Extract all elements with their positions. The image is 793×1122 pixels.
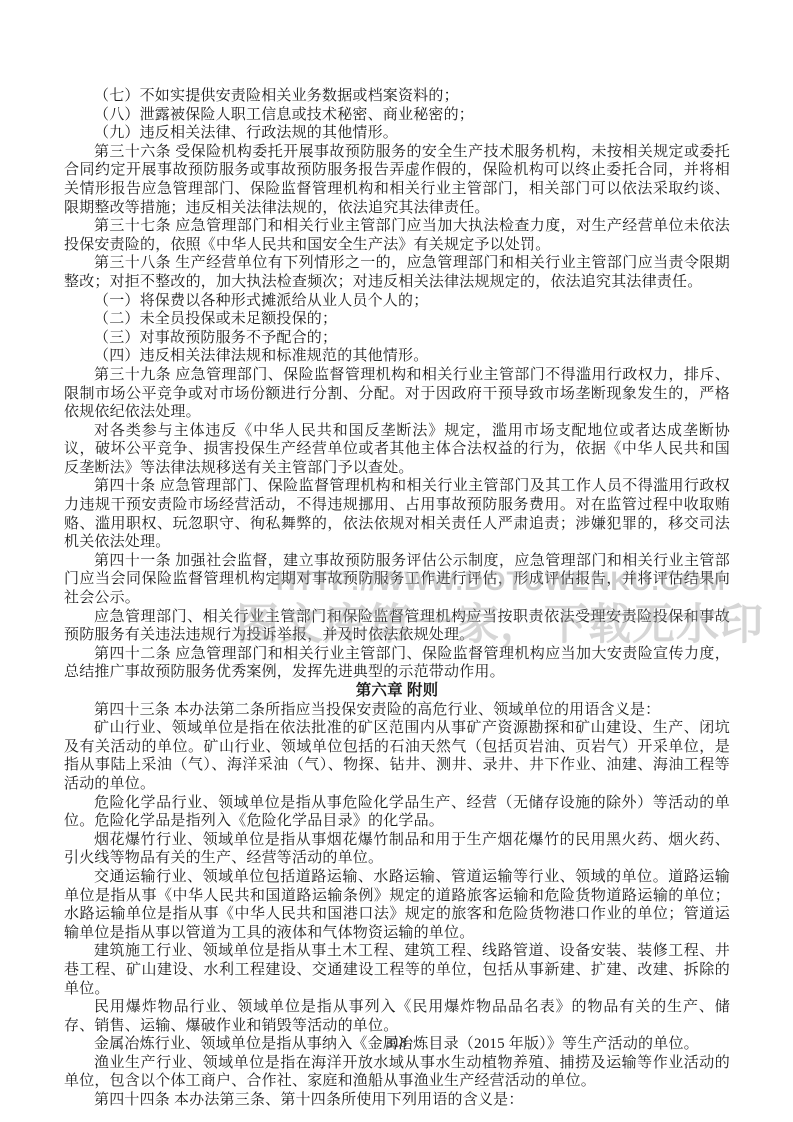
- document-paragraph: 第四十四条 本办法第三条、第十四条所使用下列用语的含义是：: [64, 1091, 730, 1110]
- document-paragraph: 第四十一条 加强社会监督，建立事故预防服务评估公示制度，应急管理部门和相关行业主…: [64, 552, 730, 608]
- document-paragraph: 建筑施工行业、领域单位是指从事土木工程、建筑工程、线路管道、设备安装、装修工程、…: [64, 942, 730, 998]
- document-paragraph: （二）未全员投保或未足额投保的；: [64, 310, 730, 329]
- document-paragraph: 矿山行业、领域单位是指在依法批准的矿区范围内从事矿产资源勘探和矿山建设、生产、闭…: [64, 719, 730, 793]
- document-paragraph: 应急管理部门、相关行业主管部门和保险监督管理机构应当按职责依法受理安责险投保和事…: [64, 608, 730, 645]
- document-paragraph: 第四十三条 本办法第二条所指应当投保安责险的高危行业、领域单位的用语含义是：: [64, 701, 730, 720]
- document-paragraph: 第三十七条 应急管理部门和相关行业主管部门应当加大执法检查力度，对生产经营单位未…: [64, 217, 730, 254]
- chapter-heading: 第六章 附则: [64, 682, 730, 701]
- document-paragraph: 第四十二条 应急管理部门和相关行业主管部门、保险监督管理机构应当加大安责险宣传力…: [64, 645, 730, 682]
- document-page: HTTP://WWW.DOTUWENKU.COM 图文库第一家，下载无水印 （七…: [0, 0, 793, 1122]
- document-paragraph: （四）违反相关法律法规和标准规范的其他情形。: [64, 347, 730, 366]
- document-paragraph: 烟花爆竹行业、领域单位是指从事烟花爆竹制品和用于生产烟花爆竹的民用黑火药、烟火药…: [64, 831, 730, 868]
- document-paragraph: 第三十六条 受保险机构委托开展事故预防服务的安全生产技术服务机构，未按相关规定或…: [64, 143, 730, 217]
- document-paragraph: （七）不如实提供安责险相关业务数据或档案资料的；: [64, 87, 730, 106]
- document-paragraph: 渔业生产行业、领域单位是指在海洋开放水域从事水生动植物养殖、捕捞及运输等作业活动…: [64, 1054, 730, 1091]
- document-paragraph: 对各类参与主体违反《中华人民共和国反垄断法》规定，滥用市场支配地位或者达成垄断协…: [64, 422, 730, 478]
- document-paragraph: 第三十八条 生产经营单位有下列情形之一的，应急管理部门和相关行业主管部门应当责令…: [64, 254, 730, 291]
- document-body: （七）不如实提供安责险相关业务数据或档案资料的； （八）泄露被保险人职工信息或技…: [64, 87, 730, 1110]
- document-paragraph: 第三十九条 应急管理部门、保险监督管理机构和相关行业主管部门不得滥用行政权力，排…: [64, 366, 730, 422]
- page-number: 318: [0, 1036, 793, 1052]
- document-paragraph: 危险化学品行业、领域单位是指从事危险化学品生产、经营（无储存设施的除外）等活动的…: [64, 794, 730, 831]
- document-paragraph: （八）泄露被保险人职工信息或技术秘密、商业秘密的；: [64, 106, 730, 125]
- document-paragraph: （一）将保费以各种形式摊派给从业人员个人的；: [64, 292, 730, 311]
- document-paragraph: 第四十条 应急管理部门、保险监督管理机构和相关行业主管部门及其工作人员不得滥用行…: [64, 477, 730, 551]
- document-paragraph: 民用爆炸物品行业、领域单位是指从事列入《民用爆炸物品品名表》的物品有关的生产、储…: [64, 998, 730, 1035]
- document-paragraph: （三）对事故预防服务不予配合的；: [64, 329, 730, 348]
- document-paragraph: （九）违反相关法律、行政法规的其他情形。: [64, 124, 730, 143]
- document-paragraph: 交通运输行业、领域单位包括道路运输、水路运输、管道运输等行业、领域的单位。道路运…: [64, 868, 730, 942]
